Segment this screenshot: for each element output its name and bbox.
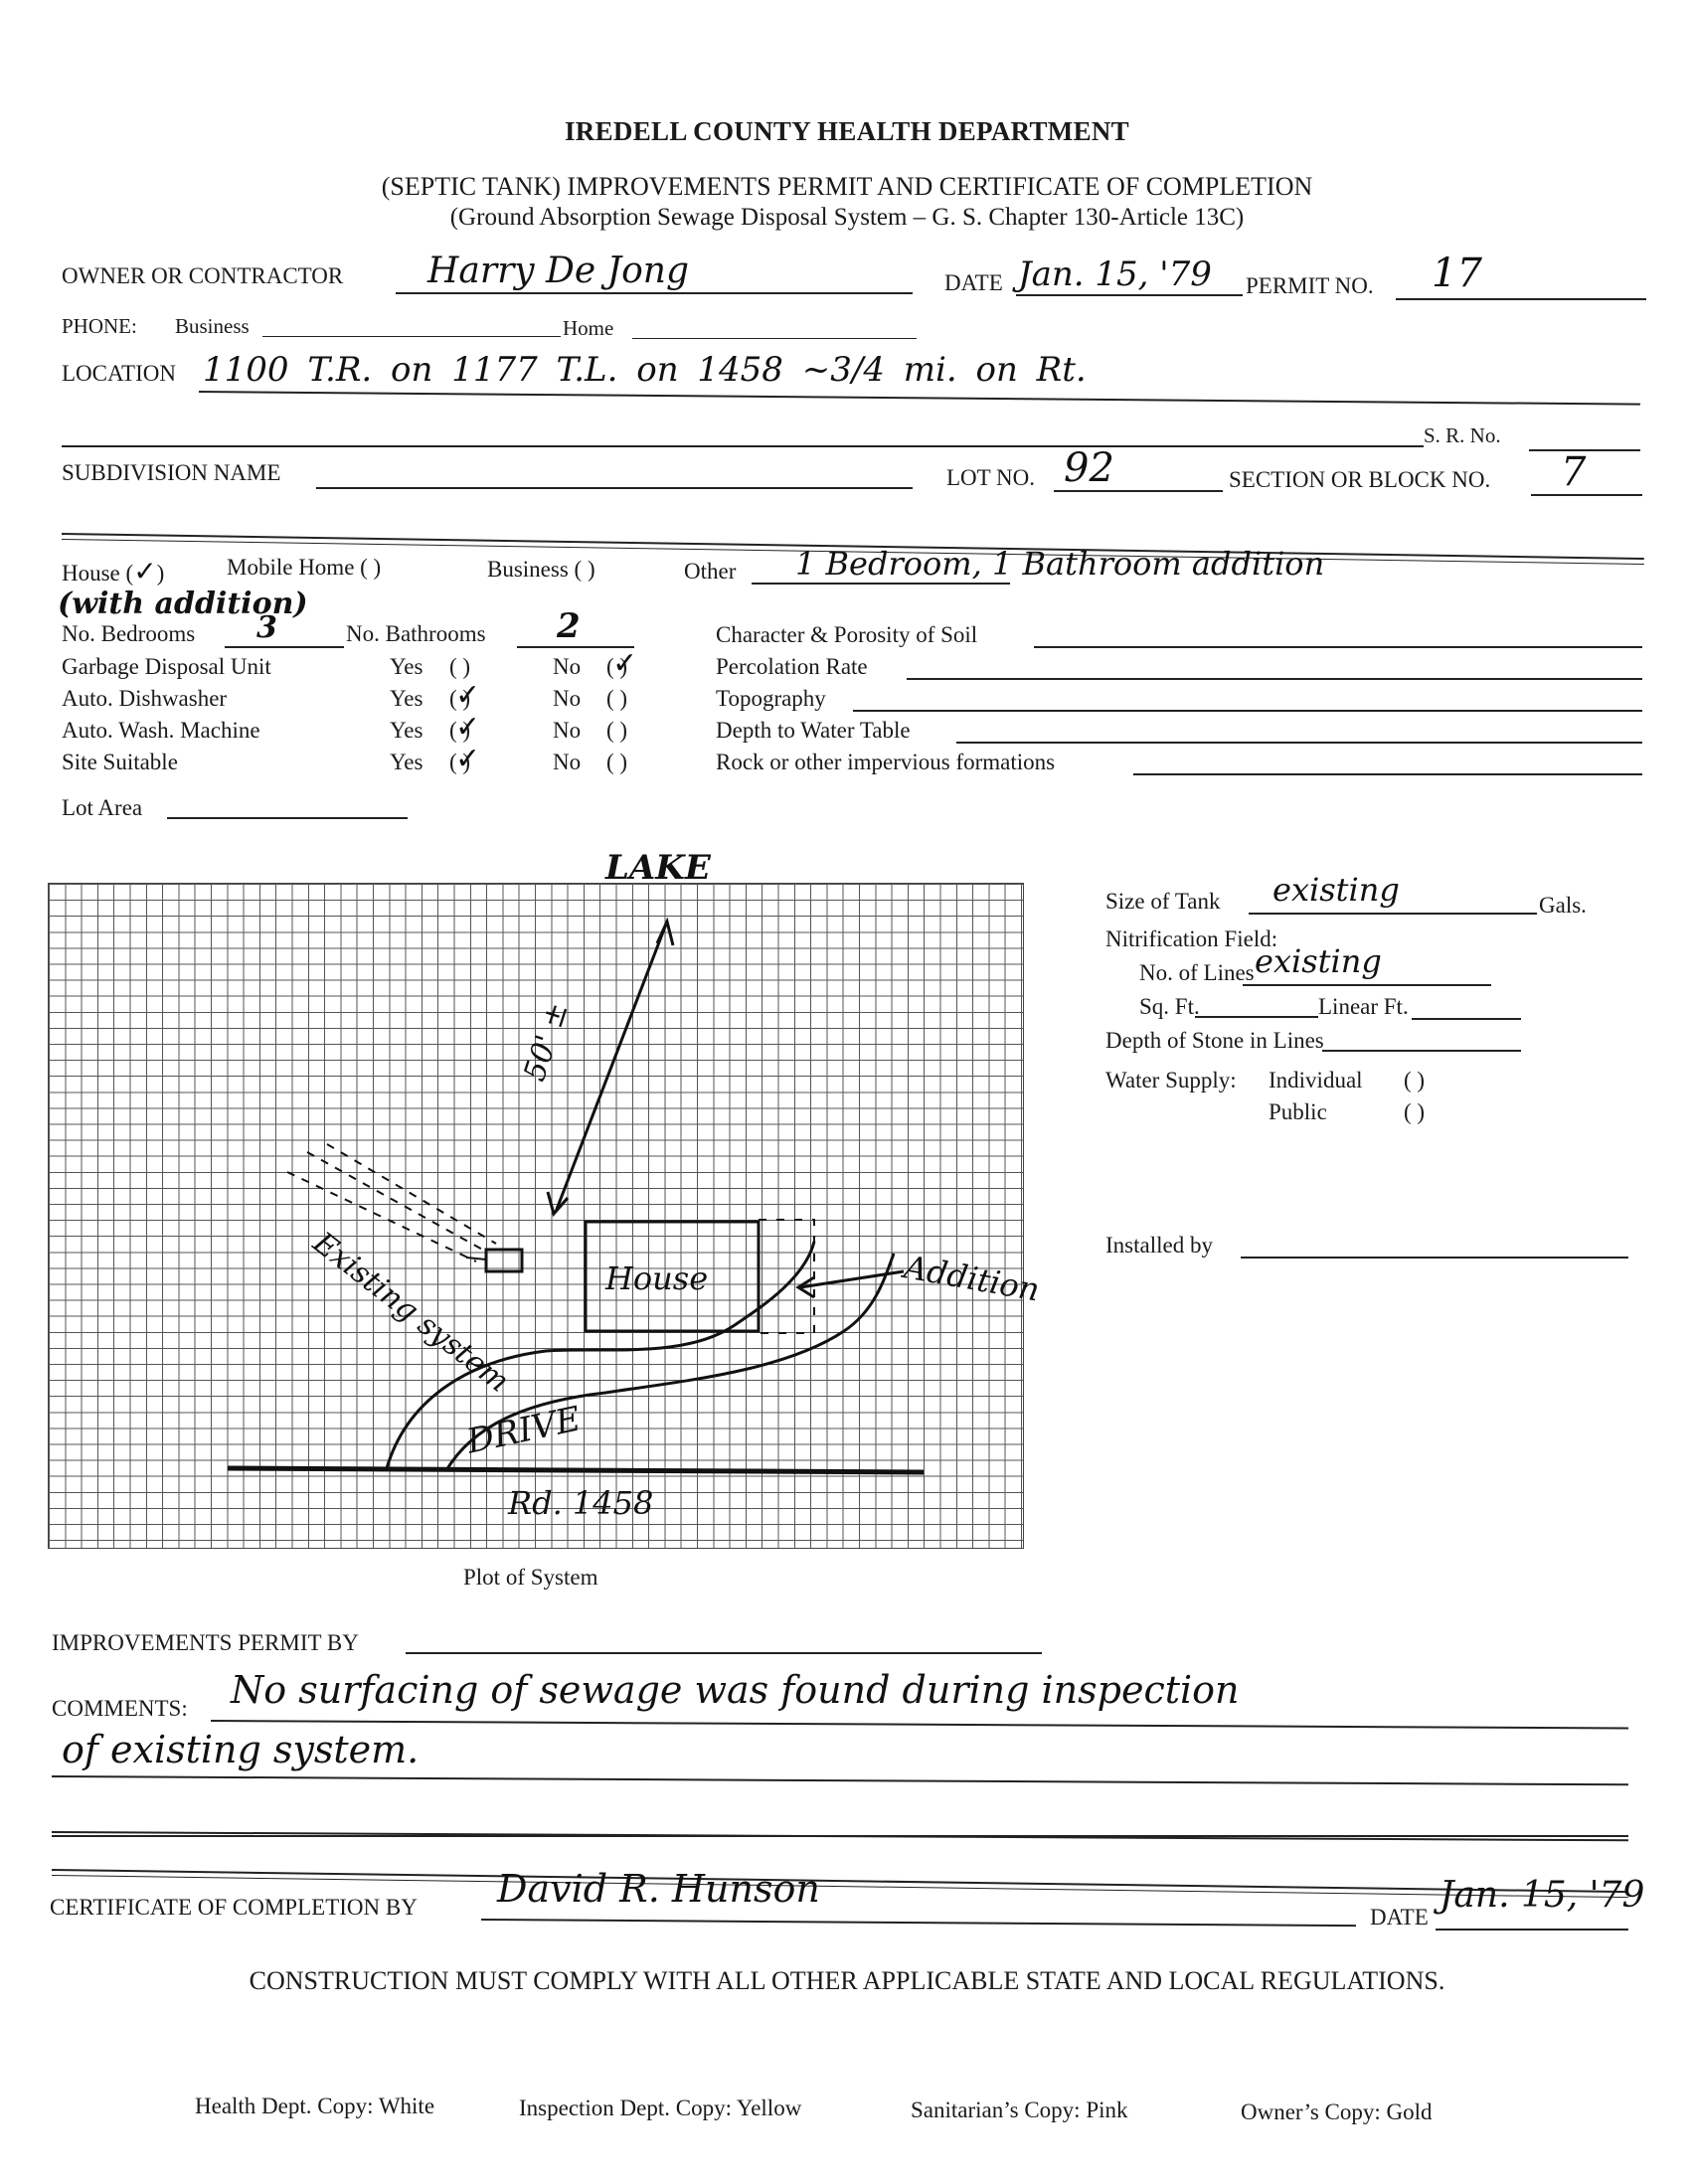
copy-sanitarian: Sanitarian’s Copy: Pink [911, 2098, 1128, 2123]
comments-line-2 [52, 1775, 1628, 1785]
tank-size-label: Size of Tank [1105, 889, 1221, 915]
mobile-home-option[interactable]: Mobile Home ( ) [227, 555, 381, 581]
soil-field[interactable] [1034, 646, 1642, 648]
installed-by-label: Installed by [1105, 1233, 1213, 1259]
sqft-label: Sq. Ft. [1139, 994, 1200, 1020]
appliance-label: Auto. Wash. Machine [62, 718, 260, 744]
house-label: House ( [62, 561, 133, 586]
checkmark-icon: ✓ [455, 710, 480, 745]
bathrooms-field[interactable]: 2 [557, 606, 581, 646]
form-title: (SEPTIC TANK) IMPROVEMENTS PERMIT AND CE… [0, 172, 1694, 202]
appliance-label: Garbage Disposal Unit [62, 654, 271, 680]
subdivision-field[interactable] [316, 487, 913, 489]
water-public-checkbox[interactable]: ( ) [1404, 1099, 1425, 1125]
other-label: Other [684, 559, 736, 585]
bedrooms-underline [225, 646, 344, 648]
comments-label: COMMENTS: [52, 1696, 188, 1722]
improvements-label: IMPROVEMENTS PERMIT BY [52, 1630, 359, 1656]
sr-no-label: S. R. No. [1424, 423, 1501, 448]
appliance-no-label: No [553, 750, 581, 775]
house-checkmark-icon: ✓ [133, 555, 156, 588]
appliance-yes-label: Yes [390, 750, 423, 775]
soil-field[interactable] [956, 742, 1642, 744]
stone-depth-label: Depth of Stone in Lines [1105, 1028, 1324, 1054]
soil-field[interactable] [1133, 773, 1642, 775]
soil-label: Rock or other impervious formations [716, 750, 1055, 775]
bathrooms-label: No. Bathrooms [346, 621, 486, 647]
comments-text-line-2[interactable]: of existing system. [62, 1728, 419, 1771]
appliance-yes-label: Yes [390, 718, 423, 744]
tank-size-field[interactable]: existing [1272, 871, 1400, 909]
soil-label: Topography [716, 686, 826, 712]
soil-label: Character & Porosity of Soil [716, 622, 977, 648]
water-supply-label: Water Supply: [1105, 1068, 1237, 1093]
appliance-label: Auto. Dishwasher [62, 686, 227, 712]
comments-line-4[interactable] [52, 1835, 1628, 1837]
tank-size-underline [1249, 913, 1537, 915]
house-option[interactable]: House (✓) [62, 555, 164, 588]
permit-underline [1396, 298, 1646, 300]
lines-label: No. of Lines [1139, 960, 1255, 986]
appliance-yes-label: Yes [390, 654, 423, 680]
lot-no-field[interactable]: 92 [1064, 445, 1114, 491]
stone-depth-field[interactable] [1322, 1050, 1521, 1052]
plot-caption: Plot of System [463, 1565, 597, 1591]
plot-label-house: House [605, 1260, 708, 1297]
certificate-signature[interactable]: David R. Hunson [497, 1867, 820, 1911]
appliance-yes-label: Yes [390, 686, 423, 712]
cert-divider-top [52, 1869, 1628, 1893]
appliance-no-label: No [553, 718, 581, 744]
comments-text-line-1[interactable]: No surfacing of sewage was found during … [231, 1668, 1240, 1712]
owner-label: OWNER OR CONTRACTOR [62, 263, 343, 289]
water-public-label: Public [1269, 1099, 1327, 1125]
plot-label-road: Rd. 1458 [508, 1484, 653, 1522]
checkmark-icon: ✓ [455, 678, 480, 713]
phone-business-field[interactable] [262, 336, 561, 337]
water-individual-checkbox[interactable]: ( ) [1404, 1068, 1425, 1093]
copy-owner: Owner’s Copy: Gold [1241, 2100, 1433, 2125]
appliance-label: Site Suitable [62, 750, 178, 775]
department-name: IREDELL COUNTY HEALTH DEPARTMENT [0, 116, 1694, 147]
plot-grid: LAKE 50' ± House Addition Existing syste… [48, 883, 1024, 1549]
phone-home-label: Home [563, 316, 613, 341]
permit-label: PERMIT NO. [1246, 273, 1374, 299]
lot-area-label: Lot Area [62, 795, 142, 821]
improvements-field[interactable] [406, 1652, 1042, 1654]
copy-inspection-dept: Inspection Dept. Copy: Yellow [519, 2096, 801, 2121]
location-underline [199, 391, 1640, 406]
location-line-2[interactable] [62, 445, 1424, 447]
date-label: DATE [944, 270, 1003, 296]
section-label: SECTION OR BLOCK NO. [1229, 467, 1490, 493]
appliance-no-label: No [553, 654, 581, 680]
installed-by-field[interactable] [1241, 1257, 1628, 1259]
water-individual-label: Individual [1269, 1068, 1363, 1093]
lot-no-label: LOT NO. [946, 465, 1035, 491]
phone-label: PHONE: [62, 314, 137, 339]
certificate-label: CERTIFICATE OF COMPLETION BY [50, 1895, 418, 1921]
copy-health-dept: Health Dept. Copy: White [195, 2094, 434, 2119]
checkmark-icon: ✓ [455, 742, 480, 776]
soil-field[interactable] [907, 678, 1642, 680]
soil-label: Depth to Water Table [716, 718, 911, 744]
sqft-field[interactable] [1195, 1016, 1318, 1018]
gals-label: Gals. [1539, 893, 1587, 919]
linear-ft-field[interactable] [1412, 1018, 1521, 1020]
lines-underline [1243, 984, 1491, 986]
certificate-underline [481, 1919, 1356, 1927]
section-no-field[interactable]: 7 [1561, 449, 1586, 495]
certificate-date-field[interactable]: Jan. 15, '79 [1440, 1875, 1644, 1916]
owner-underline [396, 292, 913, 294]
comments-line-1 [211, 1720, 1628, 1729]
soil-field[interactable] [853, 710, 1642, 712]
location-label: LOCATION [62, 361, 176, 387]
section-underline [1531, 494, 1642, 496]
phone-home-field[interactable] [632, 338, 917, 339]
compliance-notice: CONSTRUCTION MUST COMPLY WITH ALL OTHER … [0, 1966, 1694, 1996]
lot-area-field[interactable] [167, 817, 408, 819]
business-option[interactable]: Business ( ) [487, 557, 595, 583]
other-underline [752, 583, 1010, 585]
nitrification-label: Nitrification Field: [1105, 926, 1277, 952]
appliance-no-checkbox[interactable]: ( ) [606, 686, 627, 712]
soil-label: Percolation Rate [716, 654, 868, 680]
bedrooms-field[interactable]: 3 [256, 610, 277, 645]
certificate-date-underline [1436, 1929, 1628, 1931]
checkmark-icon: ✓ [612, 646, 637, 681]
date-field[interactable]: Jan. 15, '79 [1018, 254, 1212, 294]
house-close: ) [157, 561, 165, 586]
other-field[interactable]: 1 Bedroom, 1 Bathroom addition [795, 545, 1324, 583]
phone-business-label: Business [175, 314, 250, 339]
owner-field[interactable]: Harry De Jong [427, 251, 689, 291]
permit-no-field[interactable]: 17 [1432, 251, 1482, 296]
plot-label-lake: LAKE [605, 848, 711, 888]
appliance-no-checkbox[interactable]: ( ) [606, 718, 627, 744]
bedrooms-label: No. Bedrooms [62, 621, 195, 647]
date-underline [1016, 294, 1243, 296]
location-field[interactable]: 1100 T.R. on 1177 T.L. on 1458 ~3/4 mi. … [203, 350, 1087, 390]
subdivision-label: SUBDIVISION NAME [62, 460, 280, 486]
certificate-date-label: DATE [1370, 1905, 1429, 1931]
lines-field[interactable]: existing [1255, 942, 1382, 980]
appliance-yes-checkbox[interactable]: ( ) [449, 654, 470, 680]
form-subtitle: (Ground Absorption Sewage Disposal Syste… [0, 204, 1694, 232]
linear-ft-label: Linear Ft. [1318, 994, 1409, 1020]
appliance-no-checkbox[interactable]: ( ) [606, 750, 627, 775]
appliance-no-label: No [553, 686, 581, 712]
